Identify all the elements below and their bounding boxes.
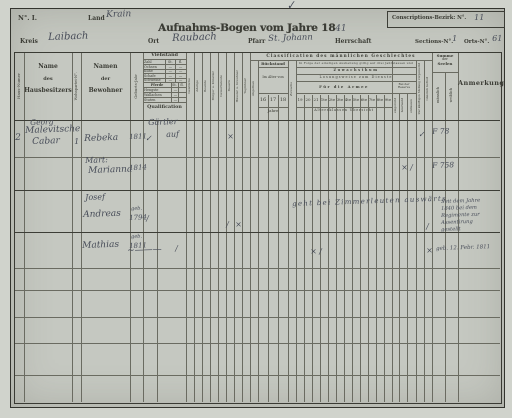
- summe-title: Summe der Seelen: [432, 54, 458, 67]
- hw-right-mark: ✓: [418, 130, 425, 139]
- reserve-col: beurlaubt: [399, 93, 407, 118]
- hw-occupation-note2: auf: [166, 130, 179, 139]
- reserve-col: entlassen: [407, 93, 416, 118]
- pferde-header-row: Pferde St. fl.: [143, 83, 186, 88]
- conscription-value-handwritten: 11: [474, 13, 484, 22]
- kreis-label: Kreis: [20, 39, 38, 46]
- col-header-house-number: Haus-Numer: [14, 54, 24, 118]
- hw-mark: ×: [401, 163, 408, 172]
- hw-inhabitant-line1: Josef: [85, 192, 105, 202]
- hw-mark: /: [410, 163, 413, 172]
- hw-qualification-mark: ×: [227, 132, 234, 141]
- hw-flourish: ~———: [127, 245, 162, 256]
- hw-age-mark: /: [319, 247, 322, 256]
- orts-value-handwritten: 61: [492, 34, 502, 43]
- befreit-col: Gänzlich befreit: [424, 60, 432, 118]
- conscription-label: Conscriptions-Bezirk: N°.: [392, 16, 466, 22]
- col-header-owner: Name des Hausbesitzers: [24, 64, 72, 95]
- orts-label: Orts-N°.: [464, 39, 489, 45]
- hw-check-mark: ✓: [145, 134, 152, 143]
- hw-anmerkung: F 758: [432, 160, 454, 170]
- rueckstand-year-row: 16 17 18: [258, 95, 288, 106]
- reserve-title: Bei der Reserve: [392, 83, 416, 90]
- pfarr-value-handwritten: St. Johann: [268, 32, 313, 44]
- classification-title: Classification des männlichen Geschlecht…: [250, 54, 432, 59]
- stray-pen-mark: ✓: [285, 0, 297, 13]
- col-header-dwelling-party: Wohnpartei-N°.: [72, 54, 81, 118]
- reserve-col: eingereiht: [392, 93, 399, 118]
- hw-owner-line2: Malevitsche: [25, 124, 80, 136]
- hw-birth-year: 1814: [129, 163, 147, 172]
- hw-inhabitant: Mathias: [82, 240, 119, 251]
- hw-party-number: 1: [74, 137, 79, 146]
- pferde-row: Stuten —: [143, 98, 186, 103]
- pfarr-label: Pfarr: [248, 39, 265, 46]
- armee-bottom-label: Altersklassen Übersicht: [296, 109, 392, 113]
- hw-inhabitant-line2: Marianna: [88, 164, 132, 176]
- hw-house-number: 2: [15, 133, 21, 143]
- hw-tick: /: [146, 214, 149, 223]
- qualification-col: Gewerbsleute: [218, 54, 226, 118]
- rueckstand-unit: Jahre: [258, 109, 288, 113]
- ort-value-handwritten: Raubach: [172, 31, 217, 44]
- hw-anmerkung-line: gestellt: [441, 226, 461, 233]
- year-handwritten: 41: [335, 24, 347, 34]
- armee-line2: Zuwachsthum: [296, 69, 416, 73]
- armee-line4: Für die Armee: [296, 85, 392, 89]
- anmerkung-header: Anmerkung: [458, 80, 500, 87]
- qualification-col: Taglöhner: [242, 54, 250, 118]
- kreis-value-handwritten: Laibach: [48, 31, 89, 43]
- sheet-number: N°. I.: [18, 15, 37, 22]
- col-header-birth-year: Geburts-Jahr: [130, 54, 143, 118]
- hw-birth-year: 1794: [129, 213, 147, 222]
- scanned-census-sheet: N°. I. Land Krain ✓ Aufnahms-Bogen vom J…: [0, 0, 512, 418]
- qualification-col: Geistliche: [186, 54, 194, 118]
- rueckstand-side-col: Abgethan: [250, 60, 258, 118]
- age-class-row: 19 20 21 1te 2te 3te 4te 5te 6te 7te 8te…: [296, 95, 392, 106]
- ort-label: Ort: [148, 39, 159, 46]
- hw-age-mark: ×: [310, 247, 317, 256]
- sections-label: Sections-N°.: [415, 39, 453, 45]
- hw-inhabitant-line1: Mart:: [85, 155, 108, 165]
- hw-right-mark: /: [426, 222, 429, 231]
- hw-qualification-mark: /: [226, 220, 229, 229]
- hw-inhabitant-line2: Andreas: [83, 209, 121, 220]
- rueckstand-title: Rückstand: [258, 62, 288, 66]
- summe-female-col: weiblich: [445, 72, 458, 118]
- summe-male-col: männlich: [432, 72, 445, 118]
- herrschaft-label: Herrschaft: [335, 39, 371, 46]
- hw-geb-label: geb.: [131, 206, 142, 212]
- qualification-label: Qualification: [143, 105, 186, 110]
- sections-value-handwritten: 1: [452, 34, 457, 43]
- qualification-col: Bürger u. Künstler: [210, 54, 218, 118]
- hw-right-mark: ×: [426, 246, 433, 255]
- hw-qualification-mark: ×: [235, 220, 242, 229]
- pferde-row: Hengste —: [143, 88, 186, 93]
- col-header-inhabitants: Namen der Bewohner: [81, 64, 130, 95]
- qualification-col: Häusler u. Inwohner: [234, 54, 242, 118]
- hw-geb-label: geb.: [131, 234, 142, 240]
- vormerkung-col: Zur künftigen Stellung vorgemerkt: [416, 60, 424, 118]
- hw-owner-line3: Cabar: [32, 136, 60, 147]
- conscription-box: Conscriptions-Bezirk: N°. 11: [387, 11, 505, 28]
- hw-inhabitant: Rebeka: [84, 133, 118, 144]
- rueckstand-caption: Im Alter von: [258, 76, 288, 80]
- qualification-col: Bauern: [226, 54, 234, 118]
- land-label: Land: [88, 16, 105, 23]
- land-value-handwritten: Krain: [106, 9, 131, 20]
- zuwachs-col: Zuwachs: [288, 60, 296, 118]
- hw-anmerkung-line: Assentirung: [441, 219, 473, 226]
- hw-occupation-note: Gärtler: [148, 117, 178, 127]
- hw-anmerkung: F 78: [432, 126, 449, 136]
- armee-line3: Losungsweise zum Dienste: [296, 76, 416, 80]
- viehstand-title: Viehstand: [143, 53, 186, 58]
- viehstand-row: Schweine — —: [143, 78, 186, 82]
- hw-tick: /: [175, 244, 178, 253]
- qualification-col: Adelige: [194, 54, 202, 118]
- viehstand-header-row: Zahl St. fl.: [143, 60, 186, 65]
- armee-line1: In Folge der einstigen Aushebung giltig …: [296, 62, 416, 65]
- qualification-col: Beamte: [202, 54, 210, 118]
- pferde-row: Wallachen —: [143, 93, 186, 98]
